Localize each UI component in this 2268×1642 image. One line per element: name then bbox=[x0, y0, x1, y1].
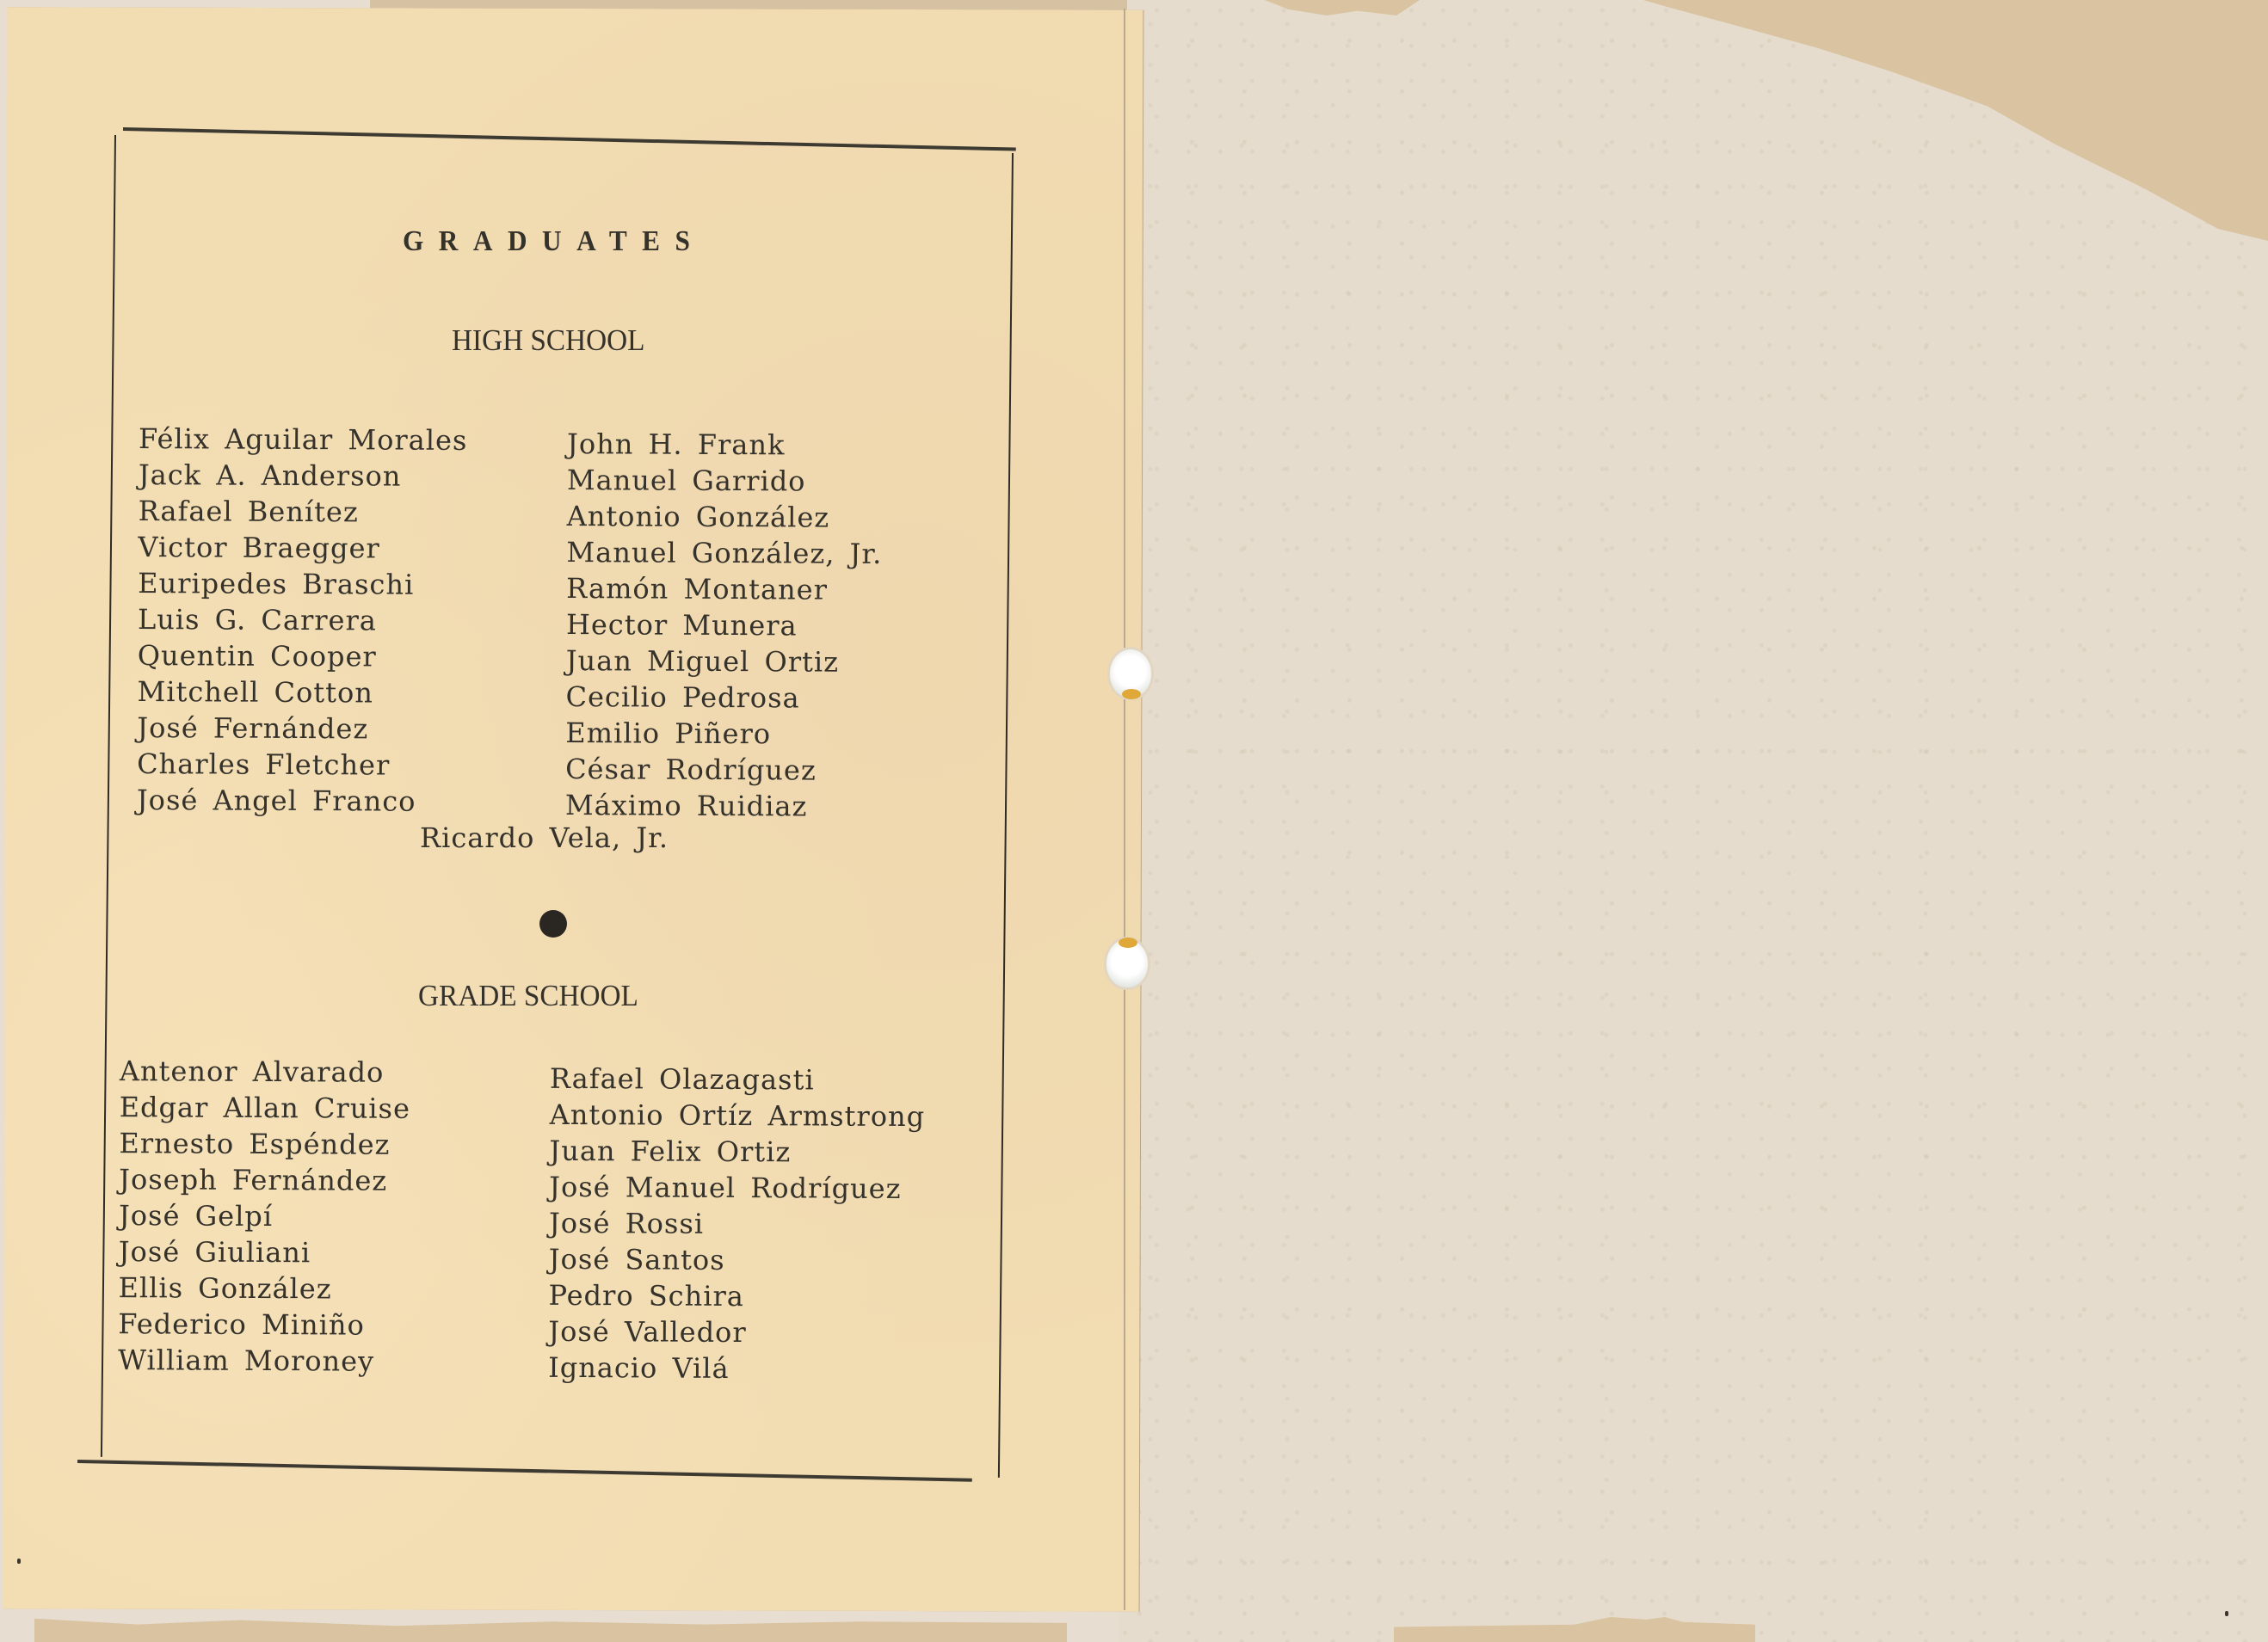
list-item: Edgar Allan Cruise bbox=[120, 1089, 411, 1127]
grade-school-left-list: Antenor Alvarado Edgar Allan Cruise Erne… bbox=[118, 1053, 410, 1380]
bullet-dot-icon bbox=[539, 910, 567, 938]
speck bbox=[17, 1559, 21, 1564]
speck bbox=[2225, 1611, 2228, 1616]
list-item: Euripedes Braschi bbox=[138, 565, 467, 603]
list-item: Federico Miniño bbox=[118, 1306, 410, 1344]
high-school-right-list: John H. Frank Manuel Garrido Antonio Gon… bbox=[565, 426, 883, 825]
rust-stain-bottom bbox=[1119, 938, 1137, 948]
rust-stain-top bbox=[1122, 689, 1141, 699]
list-item: José Valledor bbox=[548, 1313, 924, 1351]
list-item: José Angel Franco bbox=[137, 782, 466, 820]
list-item: Quentin Cooper bbox=[138, 637, 467, 675]
list-item: Luis G. Carrera bbox=[138, 601, 467, 639]
list-item: Manuel Garrido bbox=[567, 462, 883, 500]
list-item: José Fernández bbox=[137, 710, 466, 747]
list-item: Antonio Ortíz Armstrong bbox=[550, 1097, 926, 1135]
list-item: Ignacio Vilá bbox=[548, 1350, 924, 1387]
list-item: Ramón Montaner bbox=[566, 570, 882, 608]
list-item: José Manuel Rodríguez bbox=[549, 1169, 925, 1207]
list-item: Jack A. Anderson bbox=[139, 457, 468, 495]
high-school-left-list: Félix Aguilar Morales Jack A. Anderson R… bbox=[137, 421, 468, 820]
list-item: José Gelpí bbox=[119, 1197, 410, 1235]
high-school-heading: HIGH SCHOOL bbox=[452, 323, 644, 358]
list-item: Hector Munera bbox=[566, 606, 882, 644]
list-item: César Rodríguez bbox=[565, 751, 881, 789]
list-item: Ellis González bbox=[118, 1270, 410, 1307]
list-item: Rafael Olazagasti bbox=[550, 1061, 926, 1098]
list-item: Manuel González, Jr. bbox=[566, 534, 882, 572]
page-title: GRADUATES bbox=[403, 225, 705, 258]
list-item: Pedro Schira bbox=[548, 1277, 924, 1315]
backing-page bbox=[1119, 0, 2268, 1642]
list-item: William Moroney bbox=[118, 1342, 410, 1380]
list-item: Joseph Fernández bbox=[119, 1161, 410, 1199]
list-item: Cecilio Pedrosa bbox=[565, 679, 881, 716]
stain-bottom-left bbox=[34, 1613, 1067, 1642]
list-item: José Rossi bbox=[549, 1205, 925, 1243]
list-item: Mitchell Cotton bbox=[137, 673, 466, 711]
list-item: Máximo Ruidiaz bbox=[565, 787, 881, 825]
page-spine-edge bbox=[1124, 9, 1125, 1610]
list-item: Antonio González bbox=[567, 498, 883, 536]
list-item: Félix Aguilar Morales bbox=[139, 421, 468, 458]
list-item: Emilio Piñero bbox=[565, 715, 881, 753]
list-item: Antenor Alvarado bbox=[120, 1053, 411, 1091]
list-item: Rafael Benítez bbox=[139, 493, 468, 531]
grade-school-right-list: Rafael Olazagasti Antonio Ortíz Armstron… bbox=[548, 1061, 925, 1387]
grade-school-heading: GRADE SCHOOL bbox=[418, 979, 638, 1013]
list-item: Charles Fletcher bbox=[137, 746, 466, 784]
list-item: José Giuliani bbox=[119, 1233, 410, 1271]
list-item: Ernesto Espéndez bbox=[119, 1125, 410, 1163]
list-item: Juan Miguel Ortiz bbox=[566, 643, 882, 680]
list-item: José Santos bbox=[549, 1241, 925, 1279]
list-item: Victor Braegger bbox=[138, 529, 467, 567]
list-item: Juan Felix Ortiz bbox=[549, 1133, 925, 1171]
high-school-centered-name: Ricardo Vela, Jr. bbox=[420, 821, 669, 854]
list-item: John H. Frank bbox=[567, 426, 883, 464]
